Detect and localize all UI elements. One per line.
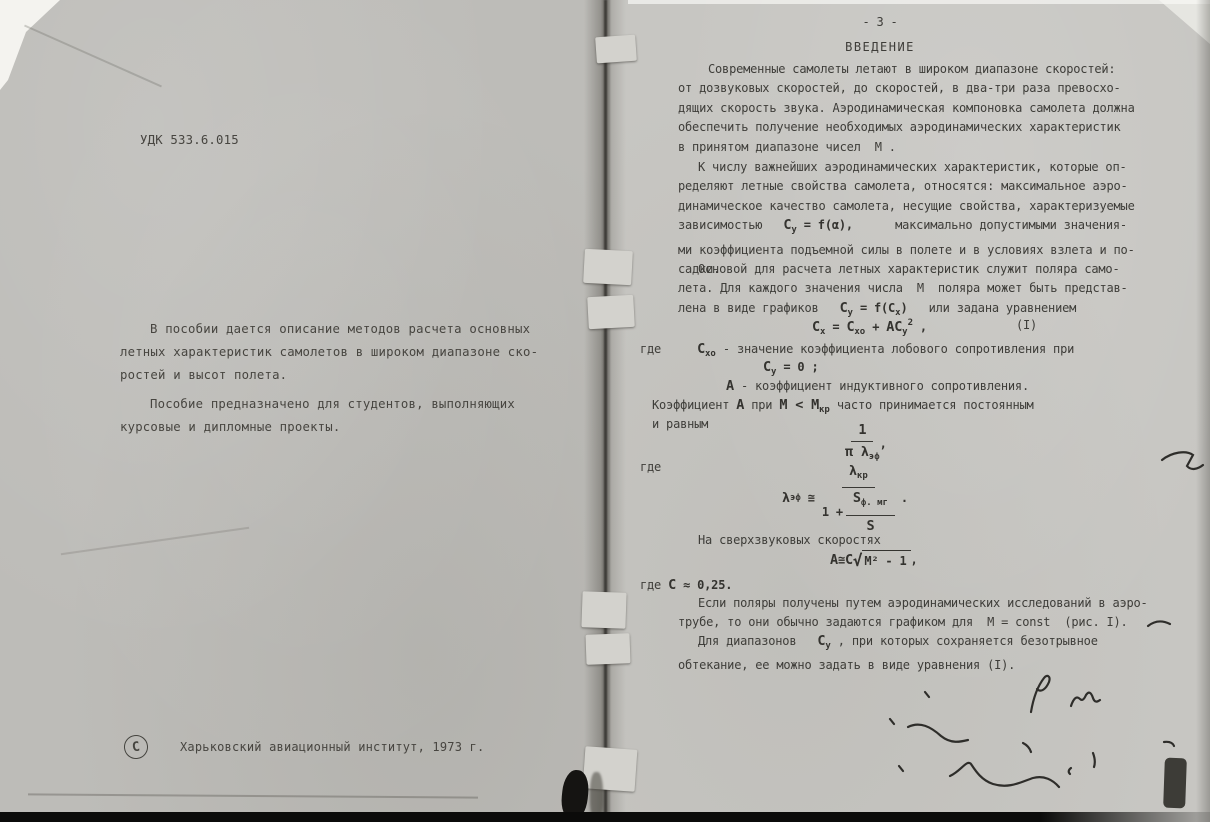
purpose-paragraph: Пособие предназначено для студентов, вып… (120, 393, 550, 439)
eq1-plus: + (865, 320, 886, 334)
copyright-row: С Харьковский авиационный институт, 1973… (124, 735, 484, 759)
copyright-icon: С (122, 733, 149, 760)
paragraph-1: Современные самолеты летают в широком ди… (678, 60, 1148, 157)
purpose-line: Пособие предназначено для студентов, вып… (120, 393, 550, 416)
eq1-cxo-sub: xo (854, 327, 865, 337)
lambda-sub: эф (869, 452, 880, 462)
eq3-comma: , (911, 551, 918, 570)
text-line: в принятом диапазоне чисел М . (678, 138, 1148, 157)
cy-symbol: C (763, 359, 771, 375)
coefficient-line: Коэффициент А при М < Мкр часто принимае… (652, 396, 1034, 420)
fraction: λкр 1 + Sф. мг S (822, 462, 895, 536)
eq3-radicand: M² - 1 (862, 550, 910, 571)
m-less-mkr: М < М (779, 397, 819, 413)
equation-drag-polar: Cx = Cxo + ACy2 , (812, 314, 927, 342)
text-segment: максимально допустимыми значения- (895, 218, 1127, 232)
c-value: ≈ 0,25. (676, 578, 732, 592)
text-line: Основой для расчета летных характеристик… (678, 260, 1148, 279)
eq3-c: C (845, 551, 853, 570)
fraction: 1 π λэф (845, 421, 880, 468)
comma: , (880, 435, 887, 454)
eq1-cy-sub: y (902, 327, 907, 337)
approx-equals: ≅ (808, 489, 815, 508)
eq3-a: A (830, 551, 838, 570)
annotation-line: ростей и высот полета. (120, 364, 550, 387)
spine-torn-tab (595, 35, 637, 64)
where-a-line: А - коэффициент индуктивного сопротивлен… (726, 377, 1029, 396)
cxo-symbol: C (697, 341, 705, 357)
purpose-line: курсовые и дипломные проекты. (120, 416, 550, 439)
gde-c-value-line: где C ≈ 0,25. (640, 576, 732, 595)
annotation-paragraph: В пособии дается описание методов расчет… (120, 318, 550, 387)
text-segment: Для диапазонов (698, 634, 817, 648)
spine-torn-tab (581, 591, 626, 629)
lambda-symbol: λ (861, 444, 869, 460)
gde-word: где (640, 342, 661, 356)
formula-f-alpha: = f(α), (797, 218, 895, 232)
eq1-cy: C (894, 319, 902, 335)
i-ravnym-line: и равным (652, 415, 708, 434)
formula-one-over-pi-lambda: 1 π λэф , (845, 421, 887, 468)
sqrt-icon: √ (853, 551, 862, 570)
lambda-ef-symbol: λ (782, 489, 790, 508)
formula-effective-aspect-ratio: λэф ≅ λкр 1 + Sф. мг S . (782, 462, 908, 536)
text-line-with-formula: Для диапазонов Cy , при которых сохраняе… (678, 632, 1148, 656)
text-line: дящих скорость звука. Аэродинамическая к… (678, 99, 1148, 118)
dash: - (716, 342, 737, 356)
text-line: ми коэффициента подъемной силы в полете … (678, 241, 1148, 260)
eq1-cx: C (812, 319, 820, 335)
paragraph-5: Для диапазонов Cy , при которых сохраняе… (678, 632, 1148, 676)
text-line: К числу важнейших аэродинамических харак… (678, 158, 1148, 177)
spine-crease-line (604, 0, 607, 822)
annotation-line: летных характеристик самолетов в широком… (120, 341, 550, 364)
frac1-num: 1 (851, 421, 873, 442)
spine-torn-tab (585, 633, 630, 665)
supersonic-line: На сверхзвуковых скоростях (678, 531, 881, 550)
a-symbol: А (726, 378, 734, 394)
eq1-comma: , (913, 320, 927, 334)
s-fus-sub: ф. мг (861, 498, 888, 508)
spine-torn-tab (583, 249, 633, 285)
nested-fraction: Sф. мг S (846, 489, 895, 536)
period: . (901, 489, 908, 508)
formula-paren: ) (901, 301, 908, 315)
text-line: от дозвуковых скоростей, до скоростей, в… (678, 79, 1148, 98)
where-cxo-line: гдеCxo - значение коэффициента лобового … (640, 340, 1074, 364)
text-line: Если поляры получены путем аэродинамичес… (678, 594, 1148, 613)
frac2-num: λкр (842, 462, 875, 488)
one-plus: 1 + (822, 503, 843, 522)
page-edge-highlight (628, 0, 1210, 4)
formula-supersonic-a: A ≅ C √M² - 1 , (830, 550, 918, 571)
dash: - (734, 379, 755, 393)
text-segment: лена в виде графиков (678, 301, 840, 315)
scan-bottom-shadow (0, 812, 1210, 822)
text-segment: или задана уравнением (908, 301, 1077, 315)
eq3-approx: ≅ (838, 551, 845, 570)
text-line: трубе, то они обычно задаются графиком д… (678, 613, 1148, 632)
paragraph-4: Если поляры получены путем аэродинамичес… (678, 594, 1148, 633)
a-definition: коэффициент индуктивного сопротивления. (755, 379, 1029, 393)
page-number: - 3 - (640, 13, 1120, 32)
lambda-kr-symbol: λ (849, 463, 857, 479)
edge-dark-mark (1163, 758, 1187, 809)
eq1-equals: = (825, 320, 846, 334)
s-fus-symbol: S (853, 490, 861, 506)
text-segment: часто принимается постоянным (830, 398, 1034, 412)
udc-number: УДК 533.6.015 (140, 129, 239, 152)
copyright-text: Харьковский авиационный институт, 1973 г… (180, 736, 484, 759)
text-line: обеспечить получение необходимых аэродин… (678, 118, 1148, 137)
frac2-den: 1 + Sф. мг S (822, 488, 895, 536)
c-symbol: C (668, 577, 676, 593)
gde-word: где (640, 578, 668, 592)
book-scan: УДК 533.6.015 В пособии дается описание … (0, 0, 1210, 822)
page-right-edge-shadow (1196, 0, 1210, 822)
text-segment: , при которых сохраняется безотрывное (831, 634, 1098, 648)
text-line: обтекание, ее можно задать в виде уравне… (678, 656, 1148, 675)
text-line: динамическое качество самолета, несущие … (678, 197, 1148, 216)
nested-num: Sф. мг (846, 489, 895, 515)
text-line: лета. Для каждого значения числа М поляр… (678, 279, 1148, 298)
annotation-line: В пособии дается описание методов расчет… (120, 318, 550, 341)
cxo-sub: xo (705, 349, 716, 359)
cxo-definition: значение коэффициента лобового сопротивл… (737, 342, 1074, 356)
spine-torn-tab (587, 295, 635, 329)
text-segment: Коэффициент (652, 398, 736, 412)
text-segment: зависимостью (678, 218, 783, 232)
gde-word: где (640, 458, 661, 477)
pi-symbol: π (845, 444, 861, 460)
formula-f-cx: = f(C (853, 301, 895, 315)
lambda-ef-sub: эф (790, 489, 801, 508)
text-line: ределяют летные свойства самолета, относ… (678, 177, 1148, 196)
mkr-sub: кр (819, 405, 830, 415)
section-heading: ВВЕДЕНИЕ (640, 38, 1120, 57)
equals-zero: = 0 ; (776, 360, 818, 374)
equation-label: (I) (1016, 316, 1037, 335)
text-line: Современные самолеты летают в широком ди… (678, 60, 1148, 79)
lambda-kr-sub: кр (857, 471, 868, 481)
text-line-with-formula: зависимостью Cy = f(α), максимально допу… (678, 216, 1148, 240)
text-segment: при (744, 398, 779, 412)
